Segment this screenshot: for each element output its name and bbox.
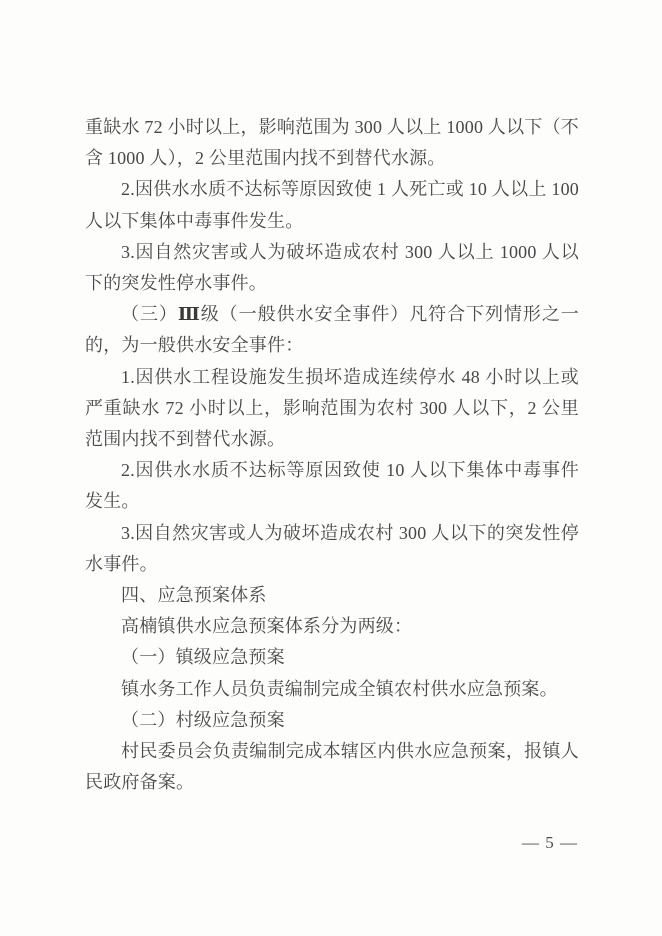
- paragraph-item-1-general: 1.因供水工程设施发生损坏造成连续停水 48 小时以上或严重缺水 72 小时以上…: [85, 362, 579, 456]
- paragraph-item-2-severe: 2.因供水水质不达标等原因致使 1 人死亡或 10 人以上 100 人以下集体中…: [85, 174, 579, 236]
- paragraph-town-plan-body: 镇水务工作人员负责编制完成全镇农村供水应急预案。: [85, 674, 579, 705]
- section-label: （三）: [121, 304, 178, 324]
- paragraph-chapter-4-heading: 四、应急预案体系: [85, 580, 579, 611]
- paragraph-village-plan-heading: （二）村级应急预案: [85, 705, 579, 736]
- document-page: 重缺水 72 小时以上，影响范围为 300 人以上 1000 人以下（不含 10…: [0, 0, 662, 936]
- paragraph-town-plan-heading: （一）镇级应急预案: [85, 642, 579, 673]
- document-body: 重缺水 72 小时以上，影响范围为 300 人以上 1000 人以下（不含 10…: [85, 112, 579, 798]
- page-number: — 5 —: [522, 833, 578, 853]
- paragraph-village-plan-body: 村民委员会负责编制完成本辖区内供水应急预案，报镇人民政府备案。: [85, 736, 579, 798]
- paragraph-plan-system-intro: 高楠镇供水应急预案体系分为两级：: [85, 611, 579, 642]
- paragraph-item-2-general: 2.因供水水质不达标等原因致使 10 人以下集体中毒事件发生。: [85, 455, 579, 517]
- paragraph-section-3-heading: （三）Ⅲ级（一般供水安全事件）凡符合下列情形之一的，为一般供水安全事件：: [85, 299, 579, 361]
- paragraph-item-3-severe: 3.因自然灾害或人为破坏造成农村 300 人以上 1000 人以下的突发性停水事…: [85, 237, 579, 299]
- paragraph-continuation: 重缺水 72 小时以上，影响范围为 300 人以上 1000 人以下（不含 10…: [85, 112, 579, 174]
- paragraph-item-3-general: 3.因自然灾害或人为破坏造成农村 300 人以下的突发性停水事件。: [85, 518, 579, 580]
- roman-numeral-iii: Ⅲ: [178, 304, 201, 324]
